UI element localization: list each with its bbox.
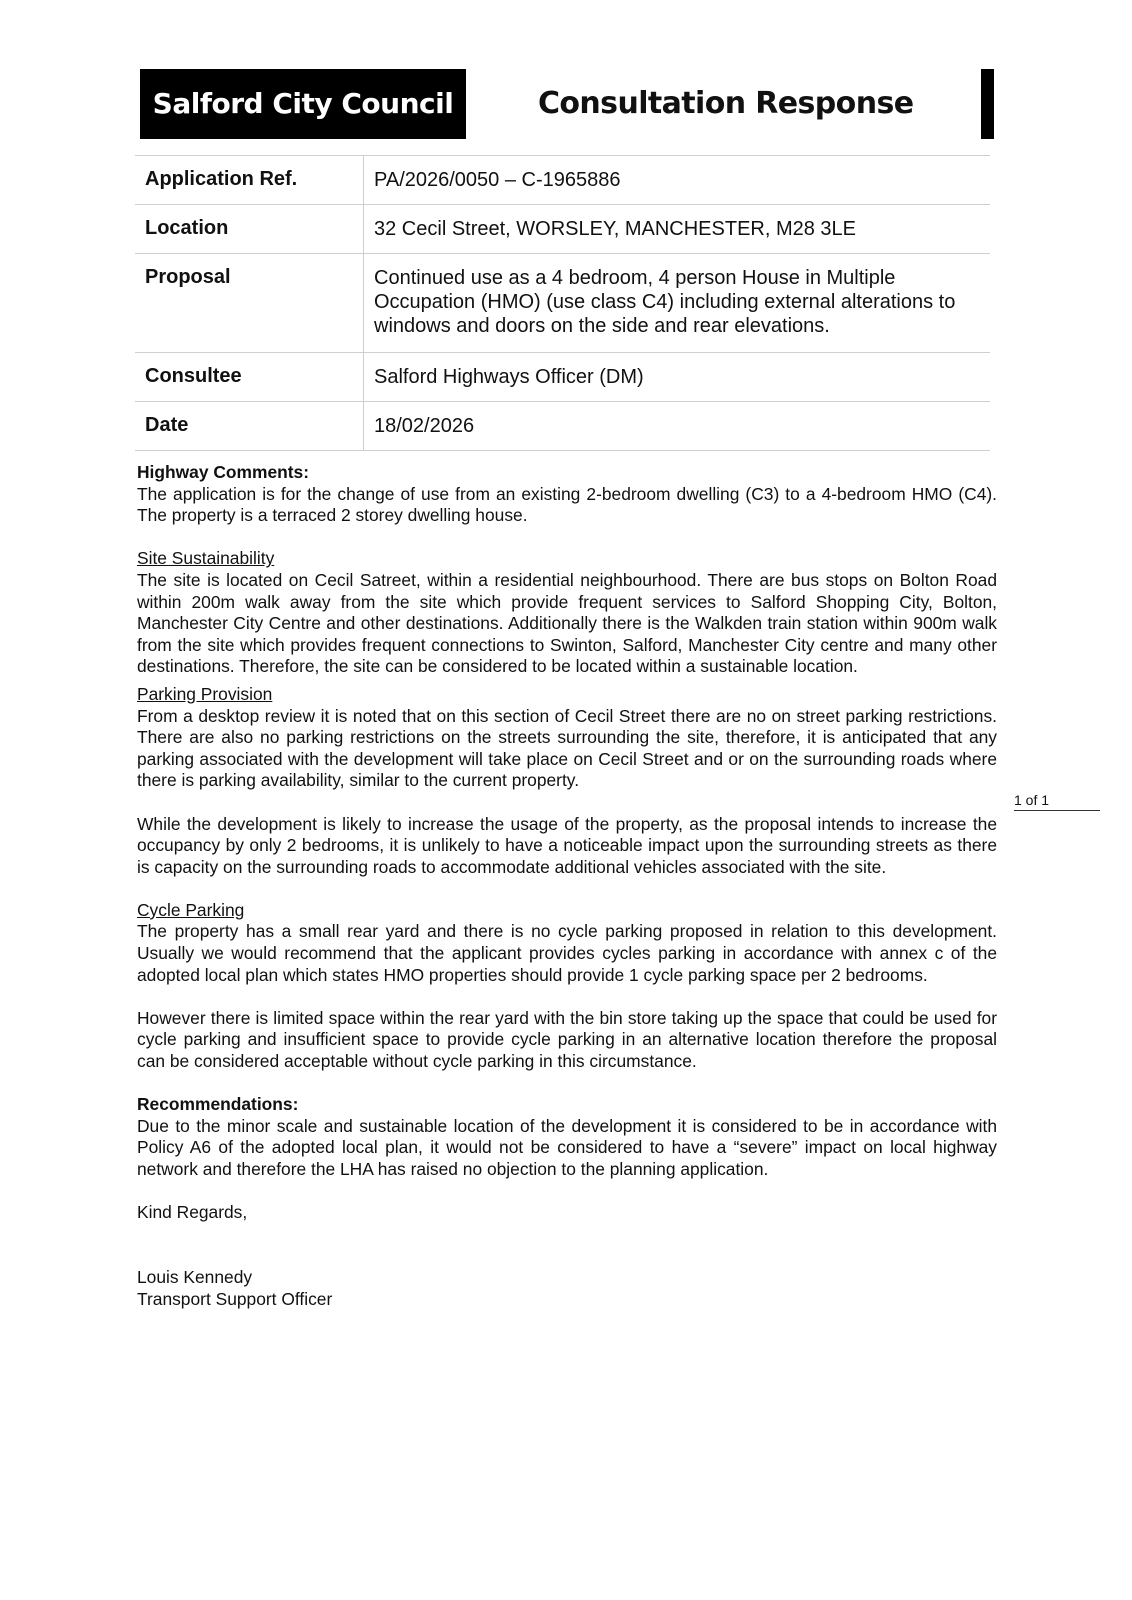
label-consultee: Consultee (135, 353, 364, 402)
recommendations-heading: Recommendations: (137, 1094, 997, 1116)
parking-paragraph-2: While the development is likely to incre… (137, 814, 997, 879)
label-application-ref: Application Ref. (135, 156, 364, 205)
cycle-paragraph-2: However there is limited space within th… (137, 1008, 997, 1073)
parking-paragraph-1: From a desktop review it is noted that o… (137, 706, 997, 792)
comments-body: Highway Comments: The application is for… (137, 462, 997, 1310)
table-row: Application Ref. PA/2026/0050 – C-196588… (135, 156, 990, 205)
recommendations-paragraph: Due to the minor scale and sustainable l… (137, 1116, 997, 1181)
signatory-name: Louis Kennedy (137, 1267, 997, 1289)
value-application-ref: PA/2026/0050 – C-1965886 (364, 156, 991, 205)
table-row: Consultee Salford Highways Officer (DM) (135, 353, 990, 402)
value-location: 32 Cecil Street, WORSLEY, MANCHESTER, M2… (364, 205, 991, 254)
parking-provision-heading: Parking Provision (137, 684, 997, 706)
table-row: Proposal Continued use as a 4 bedroom, 4… (135, 254, 990, 353)
application-details-table: Application Ref. PA/2026/0050 – C-196588… (135, 155, 990, 451)
site-sustainability-heading: Site Sustainability (137, 548, 997, 570)
value-consultee: Salford Highways Officer (DM) (364, 353, 991, 402)
label-date: Date (135, 402, 364, 451)
header-bar-decoration (981, 69, 994, 139)
label-proposal: Proposal (135, 254, 364, 353)
label-location: Location (135, 205, 364, 254)
document-title: Consultation Response (538, 69, 913, 139)
table-row: Date 18/02/2026 (135, 402, 990, 451)
table-row: Location 32 Cecil Street, WORSLEY, MANCH… (135, 205, 990, 254)
highway-comments-heading: Highway Comments: (137, 462, 997, 484)
council-logo: Salford City Council (140, 69, 466, 139)
page-indicator: 1 of 1 (1014, 792, 1100, 811)
value-proposal: Continued use as a 4 bedroom, 4 person H… (364, 254, 991, 353)
signatory-role: Transport Support Officer (137, 1289, 997, 1311)
value-date: 18/02/2026 (364, 402, 991, 451)
document-header: Salford City Council Consultation Respon… (140, 69, 990, 139)
site-sustainability-paragraph: The site is located on Cecil Satreet, wi… (137, 570, 997, 678)
cycle-parking-heading: Cycle Parking (137, 900, 997, 922)
signoff: Kind Regards, (137, 1202, 997, 1224)
intro-paragraph: The application is for the change of use… (137, 484, 997, 527)
cycle-paragraph-1: The property has a small rear yard and t… (137, 921, 997, 986)
